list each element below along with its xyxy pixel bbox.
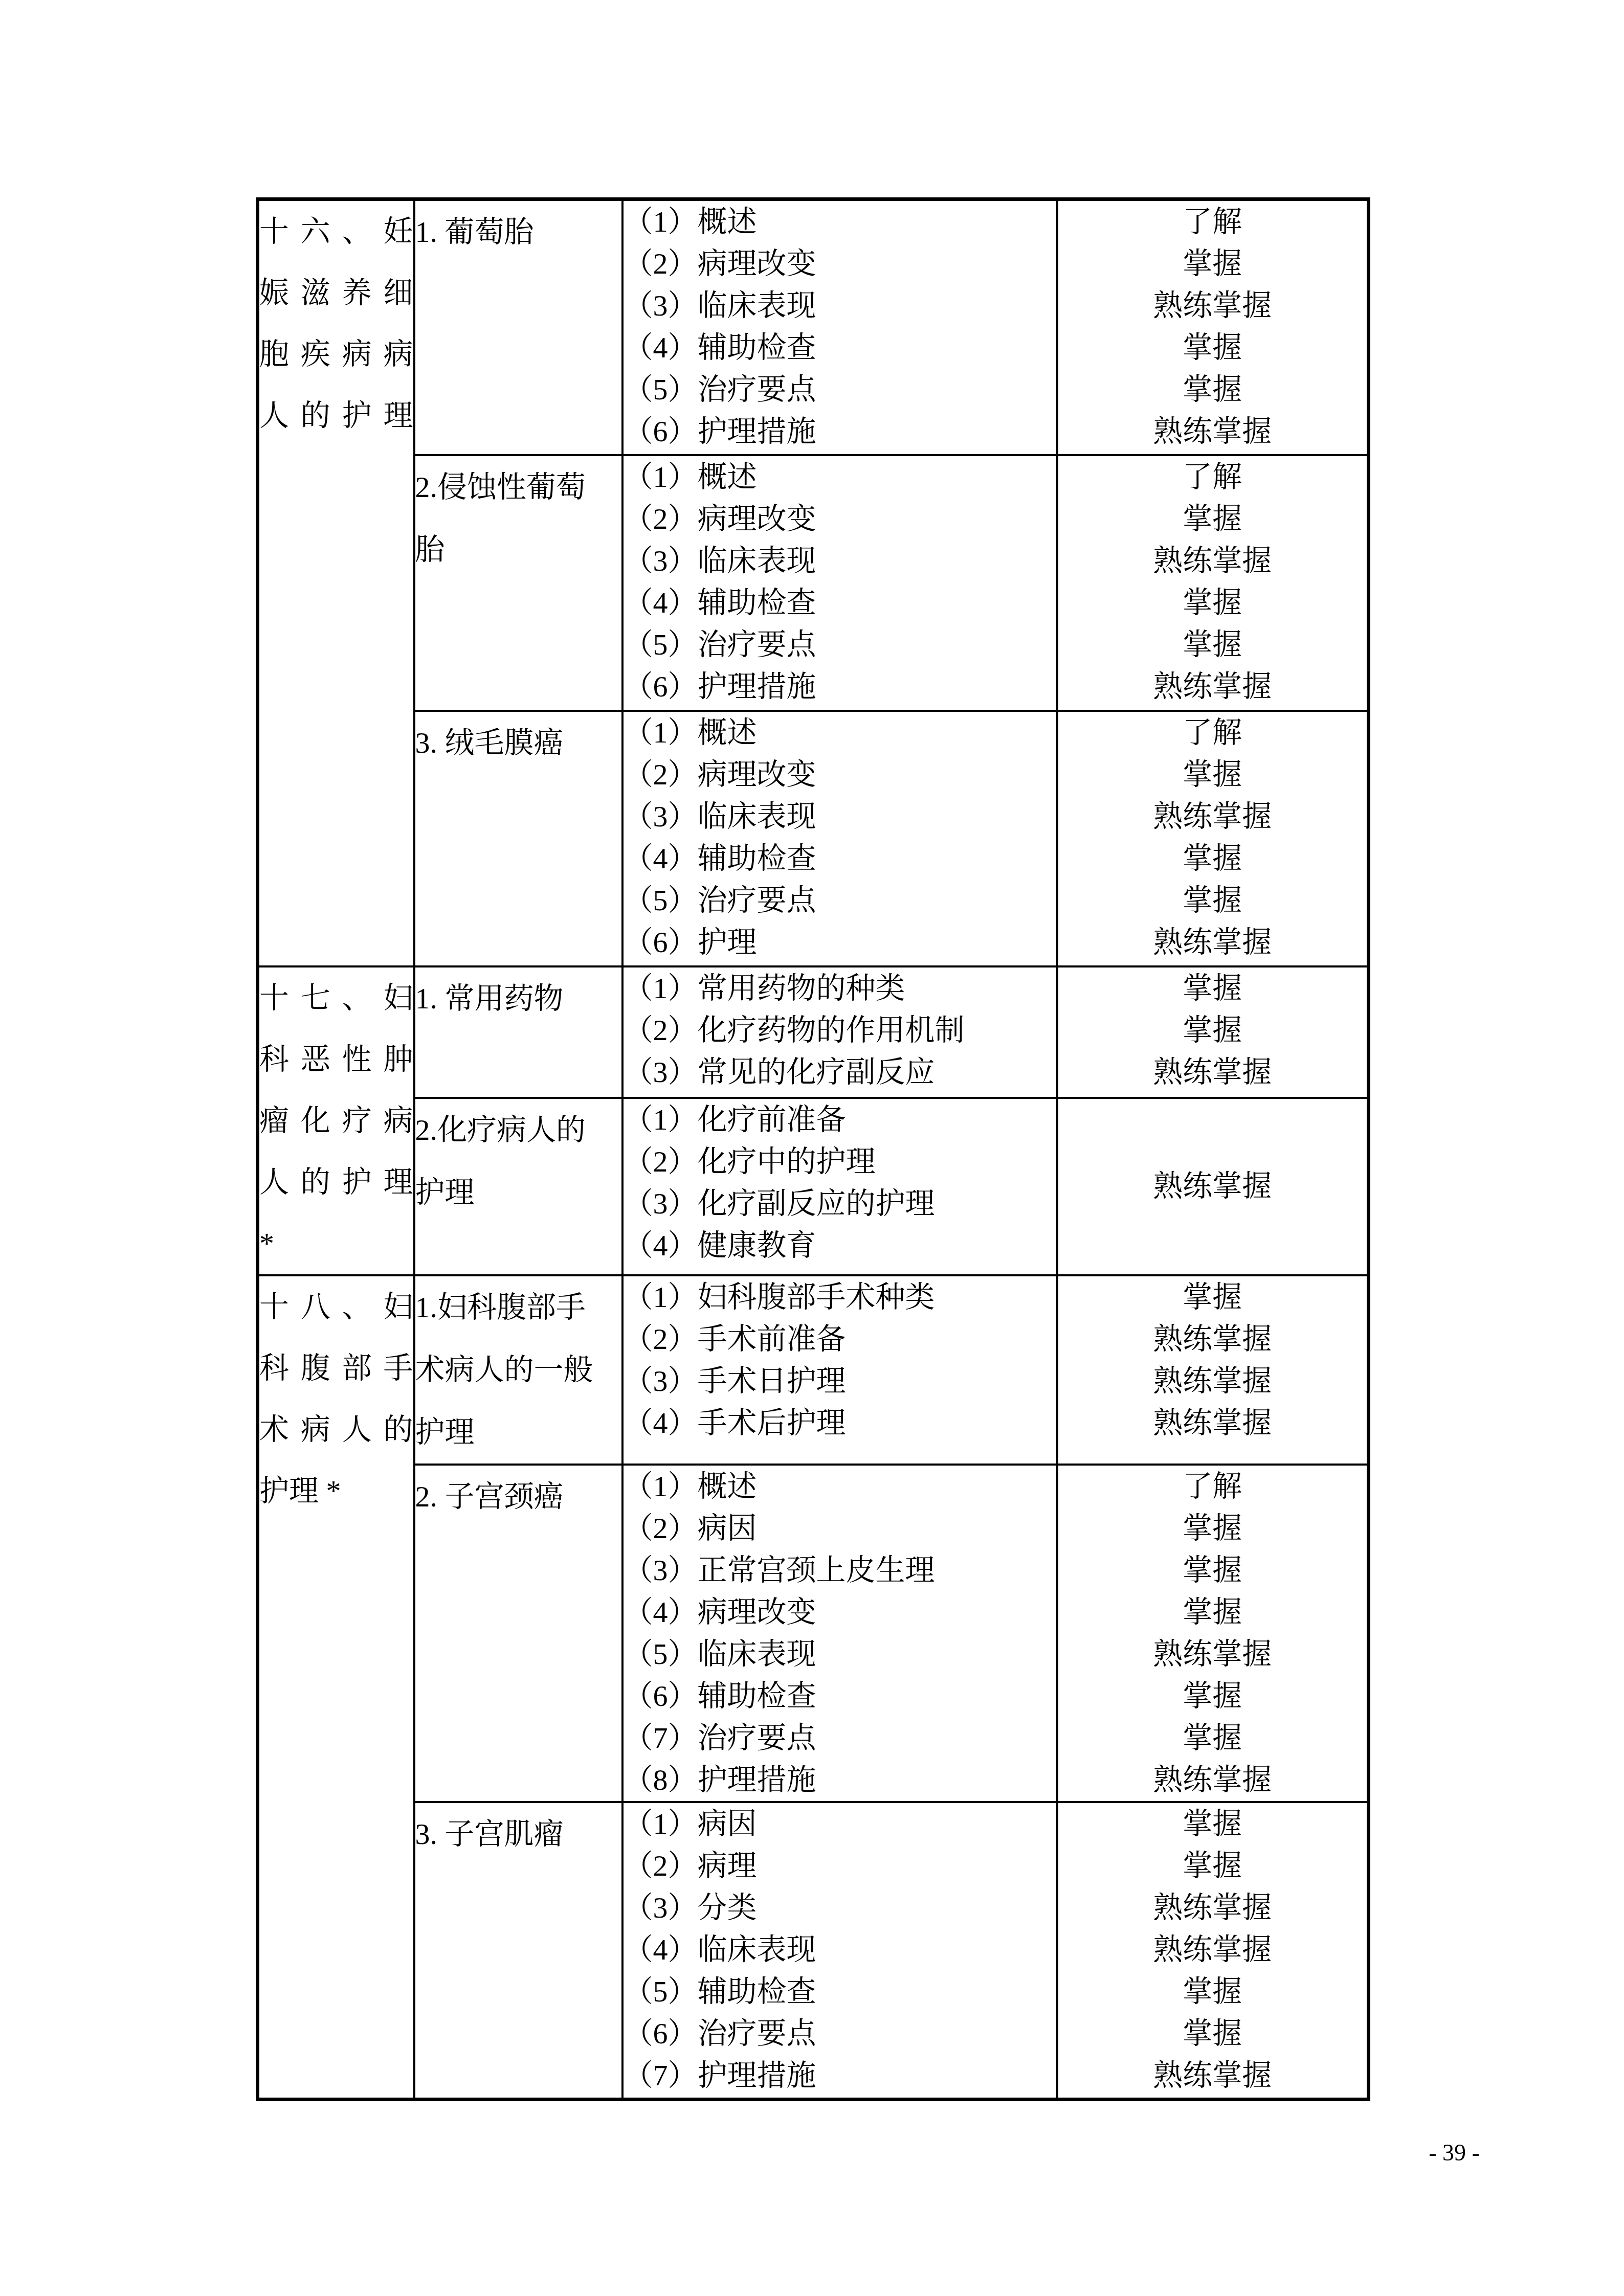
subsection-cell: 2.化疗病人的护理: [414, 1098, 622, 1275]
mastery-level: 熟练掌握: [1058, 1887, 1367, 1929]
item-line: （8）护理措施: [624, 1759, 1056, 1801]
syllabus-table: 十六、妊娠滋养细胞疾病病人的护理1. 葡萄胎（1）概述（2）病理改变（3）临床表…: [256, 197, 1370, 2101]
subsection-line: 1. 葡萄胎: [415, 201, 621, 263]
table-row: 十七、妇科恶性肿瘤化疗病人的护理*1. 常用药物（1）常用药物的种类（2）化疗药…: [258, 966, 1369, 1098]
chapter-line: *: [259, 1213, 413, 1274]
mastery-cell: 熟练掌握: [1057, 1098, 1369, 1275]
item-line: （1）妇科腹部手术种类: [624, 1276, 1056, 1318]
mastery-cell: 了解掌握掌握掌握熟练掌握掌握掌握熟练掌握: [1057, 1465, 1369, 1802]
item-line: （1）概述: [624, 456, 1056, 498]
subsection-cell: 3. 绒毛膜癌: [414, 711, 622, 966]
mastery-level: 掌握: [1058, 624, 1367, 666]
subsection-cell: 3. 子宫肌瘤: [414, 1802, 622, 2100]
item-line: （1）概述: [624, 712, 1056, 754]
mastery-level: 熟练掌握: [1058, 540, 1367, 582]
syllabus-table-body: 十六、妊娠滋养细胞疾病病人的护理1. 葡萄胎（1）概述（2）病理改变（3）临床表…: [258, 199, 1369, 2100]
chapter-line: 人的护理: [259, 385, 413, 446]
mastery-level: 熟练掌握: [1058, 1759, 1367, 1801]
document-page: 十六、妊娠滋养细胞疾病病人的护理1. 葡萄胎（1）概述（2）病理改变（3）临床表…: [0, 0, 1624, 2296]
item-line: （3）手术日护理: [624, 1360, 1056, 1402]
chapter-line: 十八、妇: [259, 1276, 413, 1338]
chapter-line: 瘤化疗病: [259, 1090, 413, 1152]
subsection-line: 术病人的一般: [415, 1339, 621, 1401]
subsection-cell: 1. 葡萄胎: [414, 199, 622, 455]
mastery-level: 熟练掌握: [1058, 666, 1367, 708]
item-line: （3）分类: [624, 1887, 1056, 1929]
mastery-level: 掌握: [1058, 1675, 1367, 1717]
item-line: （5）治疗要点: [624, 369, 1056, 411]
mastery-cell: 掌握掌握熟练掌握熟练掌握掌握掌握熟练掌握: [1057, 1802, 1369, 2100]
mastery-level: 熟练掌握: [1058, 1633, 1367, 1675]
item-line: （3）化疗副反应的护理: [624, 1183, 1056, 1225]
subsection-line: 1.妇科腹部手: [415, 1276, 621, 1339]
mastery-level: 掌握: [1058, 1717, 1367, 1759]
mastery-level: 掌握: [1058, 1845, 1367, 1887]
items-cell: （1）概述（2）病理改变（3）临床表现（4）辅助检查（5）治疗要点（6）护理: [622, 711, 1057, 966]
item-line: （3）临床表现: [624, 285, 1056, 327]
item-line: （1）化疗前准备: [624, 1099, 1056, 1141]
item-line: （2）化疗中的护理: [624, 1141, 1056, 1183]
mastery-level: 熟练掌握: [1058, 285, 1367, 327]
mastery-level: 了解: [1058, 1466, 1367, 1507]
mastery-level: 掌握: [1058, 967, 1367, 1009]
chapter-cell: 十六、妊娠滋养细胞疾病病人的护理: [258, 199, 414, 966]
subsection-cell: 1. 常用药物: [414, 966, 622, 1098]
mastery-level: 熟练掌握: [1058, 2055, 1367, 2097]
mastery-level: 掌握: [1058, 754, 1367, 796]
item-line: （1）常用药物的种类: [624, 967, 1056, 1009]
items-cell: （1）概述（2）病理改变（3）临床表现（4）辅助检查（5）治疗要点（6）护理措施: [622, 455, 1057, 711]
mastery-level: 掌握: [1058, 369, 1367, 411]
mastery-level: 熟练掌握: [1058, 1165, 1367, 1207]
items-cell: （1）概述（2）病理改变（3）临床表现（4）辅助检查（5）治疗要点（6）护理措施: [622, 199, 1057, 455]
mastery-level: 掌握: [1058, 1803, 1367, 1845]
item-line: （1）病因: [624, 1803, 1056, 1845]
item-line: （3）临床表现: [624, 540, 1056, 582]
item-line: （6）护理措施: [624, 411, 1056, 453]
mastery-level: 了解: [1058, 712, 1367, 754]
table-row: 十六、妊娠滋养细胞疾病病人的护理1. 葡萄胎（1）概述（2）病理改变（3）临床表…: [258, 199, 1369, 455]
subsection-line: 2.侵蚀性葡萄: [415, 456, 621, 519]
item-line: （5）临床表现: [624, 1633, 1056, 1675]
subsection-line: 2. 子宫颈癌: [415, 1466, 621, 1528]
mastery-level: 熟练掌握: [1058, 921, 1367, 963]
table-row: 2.侵蚀性葡萄胎（1）概述（2）病理改变（3）临床表现（4）辅助检查（5）治疗要…: [258, 455, 1369, 711]
chapter-line: 科腹部手: [259, 1338, 413, 1399]
mastery-level: 熟练掌握: [1058, 411, 1367, 453]
mastery-level: 掌握: [1058, 327, 1367, 369]
item-line: （2）手术前准备: [624, 1318, 1056, 1360]
item-line: （6）护理: [624, 921, 1056, 963]
item-line: （5）治疗要点: [624, 624, 1056, 666]
item-line: （1）概述: [624, 201, 1056, 243]
table-row: 3. 绒毛膜癌（1）概述（2）病理改变（3）临床表现（4）辅助检查（5）治疗要点…: [258, 711, 1369, 966]
mastery-level: 掌握: [1058, 498, 1367, 540]
item-line: （1）概述: [624, 1466, 1056, 1507]
mastery-level: 掌握: [1058, 243, 1367, 285]
item-line: （2）病理改变: [624, 754, 1056, 796]
mastery-level: 掌握: [1058, 1549, 1367, 1591]
item-line: （5）治疗要点: [624, 880, 1056, 921]
mastery-cell: 了解掌握熟练掌握掌握掌握熟练掌握: [1057, 711, 1369, 966]
subsection-cell: 2.侵蚀性葡萄胎: [414, 455, 622, 711]
item-line: （6）辅助检查: [624, 1675, 1056, 1717]
mastery-level: 熟练掌握: [1058, 1318, 1367, 1360]
item-line: （3）常见的化疗副反应: [624, 1051, 1056, 1093]
chapter-cell: 十八、妇科腹部手术病人的护理 *: [258, 1275, 414, 2100]
mastery-level: 掌握: [1058, 1507, 1367, 1549]
item-line: （4）病理改变: [624, 1591, 1056, 1633]
subsection-line: 3. 子宫肌瘤: [415, 1803, 621, 1865]
item-line: （2）病理: [624, 1845, 1056, 1887]
subsection-line: 护理: [415, 1401, 621, 1464]
mastery-level: 熟练掌握: [1058, 1051, 1367, 1093]
page-number: - 39 -: [1403, 2137, 1505, 2168]
mastery-level: 了解: [1058, 201, 1367, 243]
item-line: （4）健康教育: [624, 1225, 1056, 1267]
subsection-line: 胎: [415, 519, 621, 581]
item-line: （4）辅助检查: [624, 327, 1056, 369]
item-line: （5）辅助检查: [624, 1971, 1056, 2013]
subsection-line: 2.化疗病人的: [415, 1099, 621, 1161]
items-cell: （1）常用药物的种类（2）化疗药物的作用机制（3）常见的化疗副反应: [622, 966, 1057, 1098]
mastery-cell: 掌握掌握熟练掌握: [1057, 966, 1369, 1098]
chapter-line: 胞疾病病: [259, 324, 413, 385]
item-line: （6）治疗要点: [624, 2013, 1056, 2055]
mastery-level: 掌握: [1058, 1971, 1367, 2013]
subsection-line: 1. 常用药物: [415, 967, 621, 1030]
item-line: （2）化疗药物的作用机制: [624, 1009, 1056, 1051]
subsection-line: 护理: [415, 1161, 621, 1224]
item-line: （3）正常宫颈上皮生理: [624, 1549, 1056, 1591]
table-row: 2.化疗病人的护理（1）化疗前准备（2）化疗中的护理（3）化疗副反应的护理（4）…: [258, 1098, 1369, 1275]
mastery-level: 掌握: [1058, 2013, 1367, 2055]
item-line: （4）辅助检查: [624, 838, 1056, 880]
mastery-level: 掌握: [1058, 880, 1367, 921]
chapter-line: 娠滋养细: [259, 262, 413, 324]
chapter-line: 科恶性肿: [259, 1029, 413, 1090]
mastery-level: 掌握: [1058, 582, 1367, 624]
item-line: （7）护理措施: [624, 2055, 1056, 2097]
mastery-level: 掌握: [1058, 1009, 1367, 1051]
chapter-cell: 十七、妇科恶性肿瘤化疗病人的护理*: [258, 966, 414, 1275]
mastery-cell: 了解掌握熟练掌握掌握掌握熟练掌握: [1057, 455, 1369, 711]
item-line: （4）临床表现: [624, 1929, 1056, 1971]
subsection-line: 3. 绒毛膜癌: [415, 712, 621, 774]
mastery-level: 熟练掌握: [1058, 1402, 1367, 1444]
subsection-cell: 1.妇科腹部手术病人的一般护理: [414, 1275, 622, 1465]
table-row: 十八、妇科腹部手术病人的护理 *1.妇科腹部手术病人的一般护理（1）妇科腹部手术…: [258, 1275, 1369, 1465]
item-line: （6）护理措施: [624, 666, 1056, 708]
item-line: （7）治疗要点: [624, 1717, 1056, 1759]
chapter-line: 术病人的: [259, 1399, 413, 1460]
mastery-level: 掌握: [1058, 1276, 1367, 1318]
mastery-cell: 掌握熟练掌握熟练掌握熟练掌握: [1057, 1275, 1369, 1465]
item-line: （2）病理改变: [624, 243, 1056, 285]
subsection-cell: 2. 子宫颈癌: [414, 1465, 622, 1802]
mastery-level: 掌握: [1058, 838, 1367, 880]
chapter-line: 十七、妇: [259, 967, 413, 1029]
mastery-level: 熟练掌握: [1058, 1929, 1367, 1971]
chapter-line: 十六、妊: [259, 201, 413, 262]
mastery-level: 熟练掌握: [1058, 796, 1367, 838]
table-row: 2. 子宫颈癌（1）概述（2）病因（3）正常宫颈上皮生理（4）病理改变（5）临床…: [258, 1465, 1369, 1802]
mastery-level: 掌握: [1058, 1591, 1367, 1633]
item-line: （3）临床表现: [624, 796, 1056, 838]
item-line: （4）手术后护理: [624, 1402, 1056, 1444]
mastery-level: 熟练掌握: [1058, 1360, 1367, 1402]
table-row: 3. 子宫肌瘤（1）病因（2）病理（3）分类（4）临床表现（5）辅助检查（6）治…: [258, 1802, 1369, 2100]
item-line: （2）病理改变: [624, 498, 1056, 540]
chapter-line: 护理 *: [259, 1460, 413, 1522]
item-line: （2）病因: [624, 1507, 1056, 1549]
mastery-level: 了解: [1058, 456, 1367, 498]
items-cell: （1）妇科腹部手术种类（2）手术前准备（3）手术日护理（4）手术后护理: [622, 1275, 1057, 1465]
items-cell: （1）病因（2）病理（3）分类（4）临床表现（5）辅助检查（6）治疗要点（7）护…: [622, 1802, 1057, 2100]
items-cell: （1）概述（2）病因（3）正常宫颈上皮生理（4）病理改变（5）临床表现（6）辅助…: [622, 1465, 1057, 1802]
item-line: （4）辅助检查: [624, 582, 1056, 624]
items-cell: （1）化疗前准备（2）化疗中的护理（3）化疗副反应的护理（4）健康教育: [622, 1098, 1057, 1275]
chapter-line: 人的护理: [259, 1152, 413, 1213]
mastery-cell: 了解掌握熟练掌握掌握掌握熟练掌握: [1057, 199, 1369, 455]
